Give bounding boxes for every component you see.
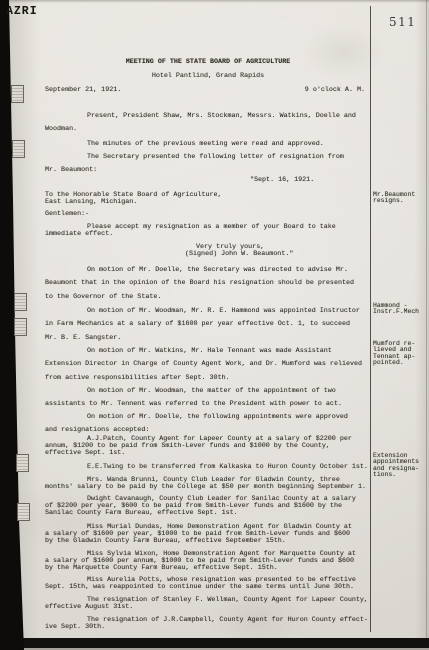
letter-date: "Sept. 16, 1921. bbox=[250, 177, 370, 184]
minutes-approved-paragraph: The minutes of the previous meeting were… bbox=[45, 138, 385, 151]
page-edge-tab bbox=[16, 454, 29, 472]
page-edge-tab bbox=[12, 140, 25, 158]
page-edge-tab bbox=[17, 503, 30, 521]
motion-paragraph: On motion of Mr. Woodman, Mr. R. E. Hamm… bbox=[45, 305, 385, 345]
page-bottom-edge bbox=[0, 638, 429, 648]
appointment-item: The resignation of J.R.Campbell, County … bbox=[45, 617, 385, 631]
appointment-item: Mrs. Wanda Brunni, County Club Leader fo… bbox=[45, 477, 385, 491]
letter-address: To the Honorable State Board of Agricult… bbox=[45, 192, 385, 206]
appointment-item: Miss Sylvia Wixon, Home Demonstration Ag… bbox=[45, 551, 385, 573]
letter-signature: Very truly yours, (Signed) John W. Beaum… bbox=[185, 244, 365, 258]
margin-note-mumford-tennant: Mumford re- lieved and Tennant ap- point… bbox=[373, 341, 427, 367]
appointment-item: The resignation of Stanley F. Wellman, C… bbox=[45, 597, 385, 611]
margin-note-beaumont: Mr.Beaumont resigns. bbox=[373, 192, 427, 205]
meeting-date: September 21, 1921. bbox=[45, 86, 121, 94]
page-edge-tab bbox=[14, 293, 27, 311]
margin-note-extension: Extension appointments and resigna- tion… bbox=[373, 453, 427, 479]
meeting-title: MEETING OF THE STATE BOARD OF AGRICULTUR… bbox=[45, 58, 371, 66]
appointment-item: Dwight Cavanaugh, County Club Leader for… bbox=[45, 496, 385, 518]
appointment-item: A.J.Patch, County Agent for Lapeer Count… bbox=[45, 436, 385, 458]
attendance-paragraph: Present, President Shaw, Mrs. Stockman, … bbox=[45, 110, 385, 137]
letter-intro-paragraph: The Secretary presented the following le… bbox=[45, 151, 385, 178]
margin-note-hammond: Hammond - Instr.F.Mech bbox=[373, 303, 427, 316]
corner-mark: AZRI bbox=[6, 5, 38, 18]
appointment-item: E.E.Twing to be transferred from Kalkask… bbox=[45, 464, 385, 471]
letter-salutation: Gentlemen:- bbox=[45, 211, 385, 218]
page-edge-tab bbox=[11, 85, 24, 103]
page-number: 511 bbox=[389, 15, 416, 29]
meeting-location: Hotel Pantlind, Grand Rapids bbox=[45, 72, 371, 80]
appointment-item: Miss Aurelia Potts, whose resignation wa… bbox=[45, 577, 385, 591]
page-right-edge bbox=[426, 0, 427, 640]
motion-paragraph: On motion of Mr. Doelle, the following a… bbox=[45, 411, 385, 438]
motion-paragraph: On motion of Mr. Watkins, Mr. Hale Tenna… bbox=[45, 345, 385, 385]
letter-body: Please accept my resignation as a member… bbox=[45, 224, 385, 238]
dateline: September 21, 1921. 9 o'clock A. M. bbox=[45, 86, 365, 94]
appointment-item: Miss Murial Dundas, Home Demonstration A… bbox=[45, 524, 385, 546]
meeting-time: 9 o'clock A. M. bbox=[305, 86, 365, 94]
motion-paragraph: On motion of Mr. Woodman, the matter of … bbox=[45, 385, 385, 412]
scanned-minutes-page: AZRI 511 MEETING OF THE STATE BOARD OF A… bbox=[0, 0, 429, 650]
motion-paragraph: On motion of Mr. Doelle, the Secretary w… bbox=[45, 264, 385, 304]
page-edge-tab bbox=[14, 318, 27, 336]
